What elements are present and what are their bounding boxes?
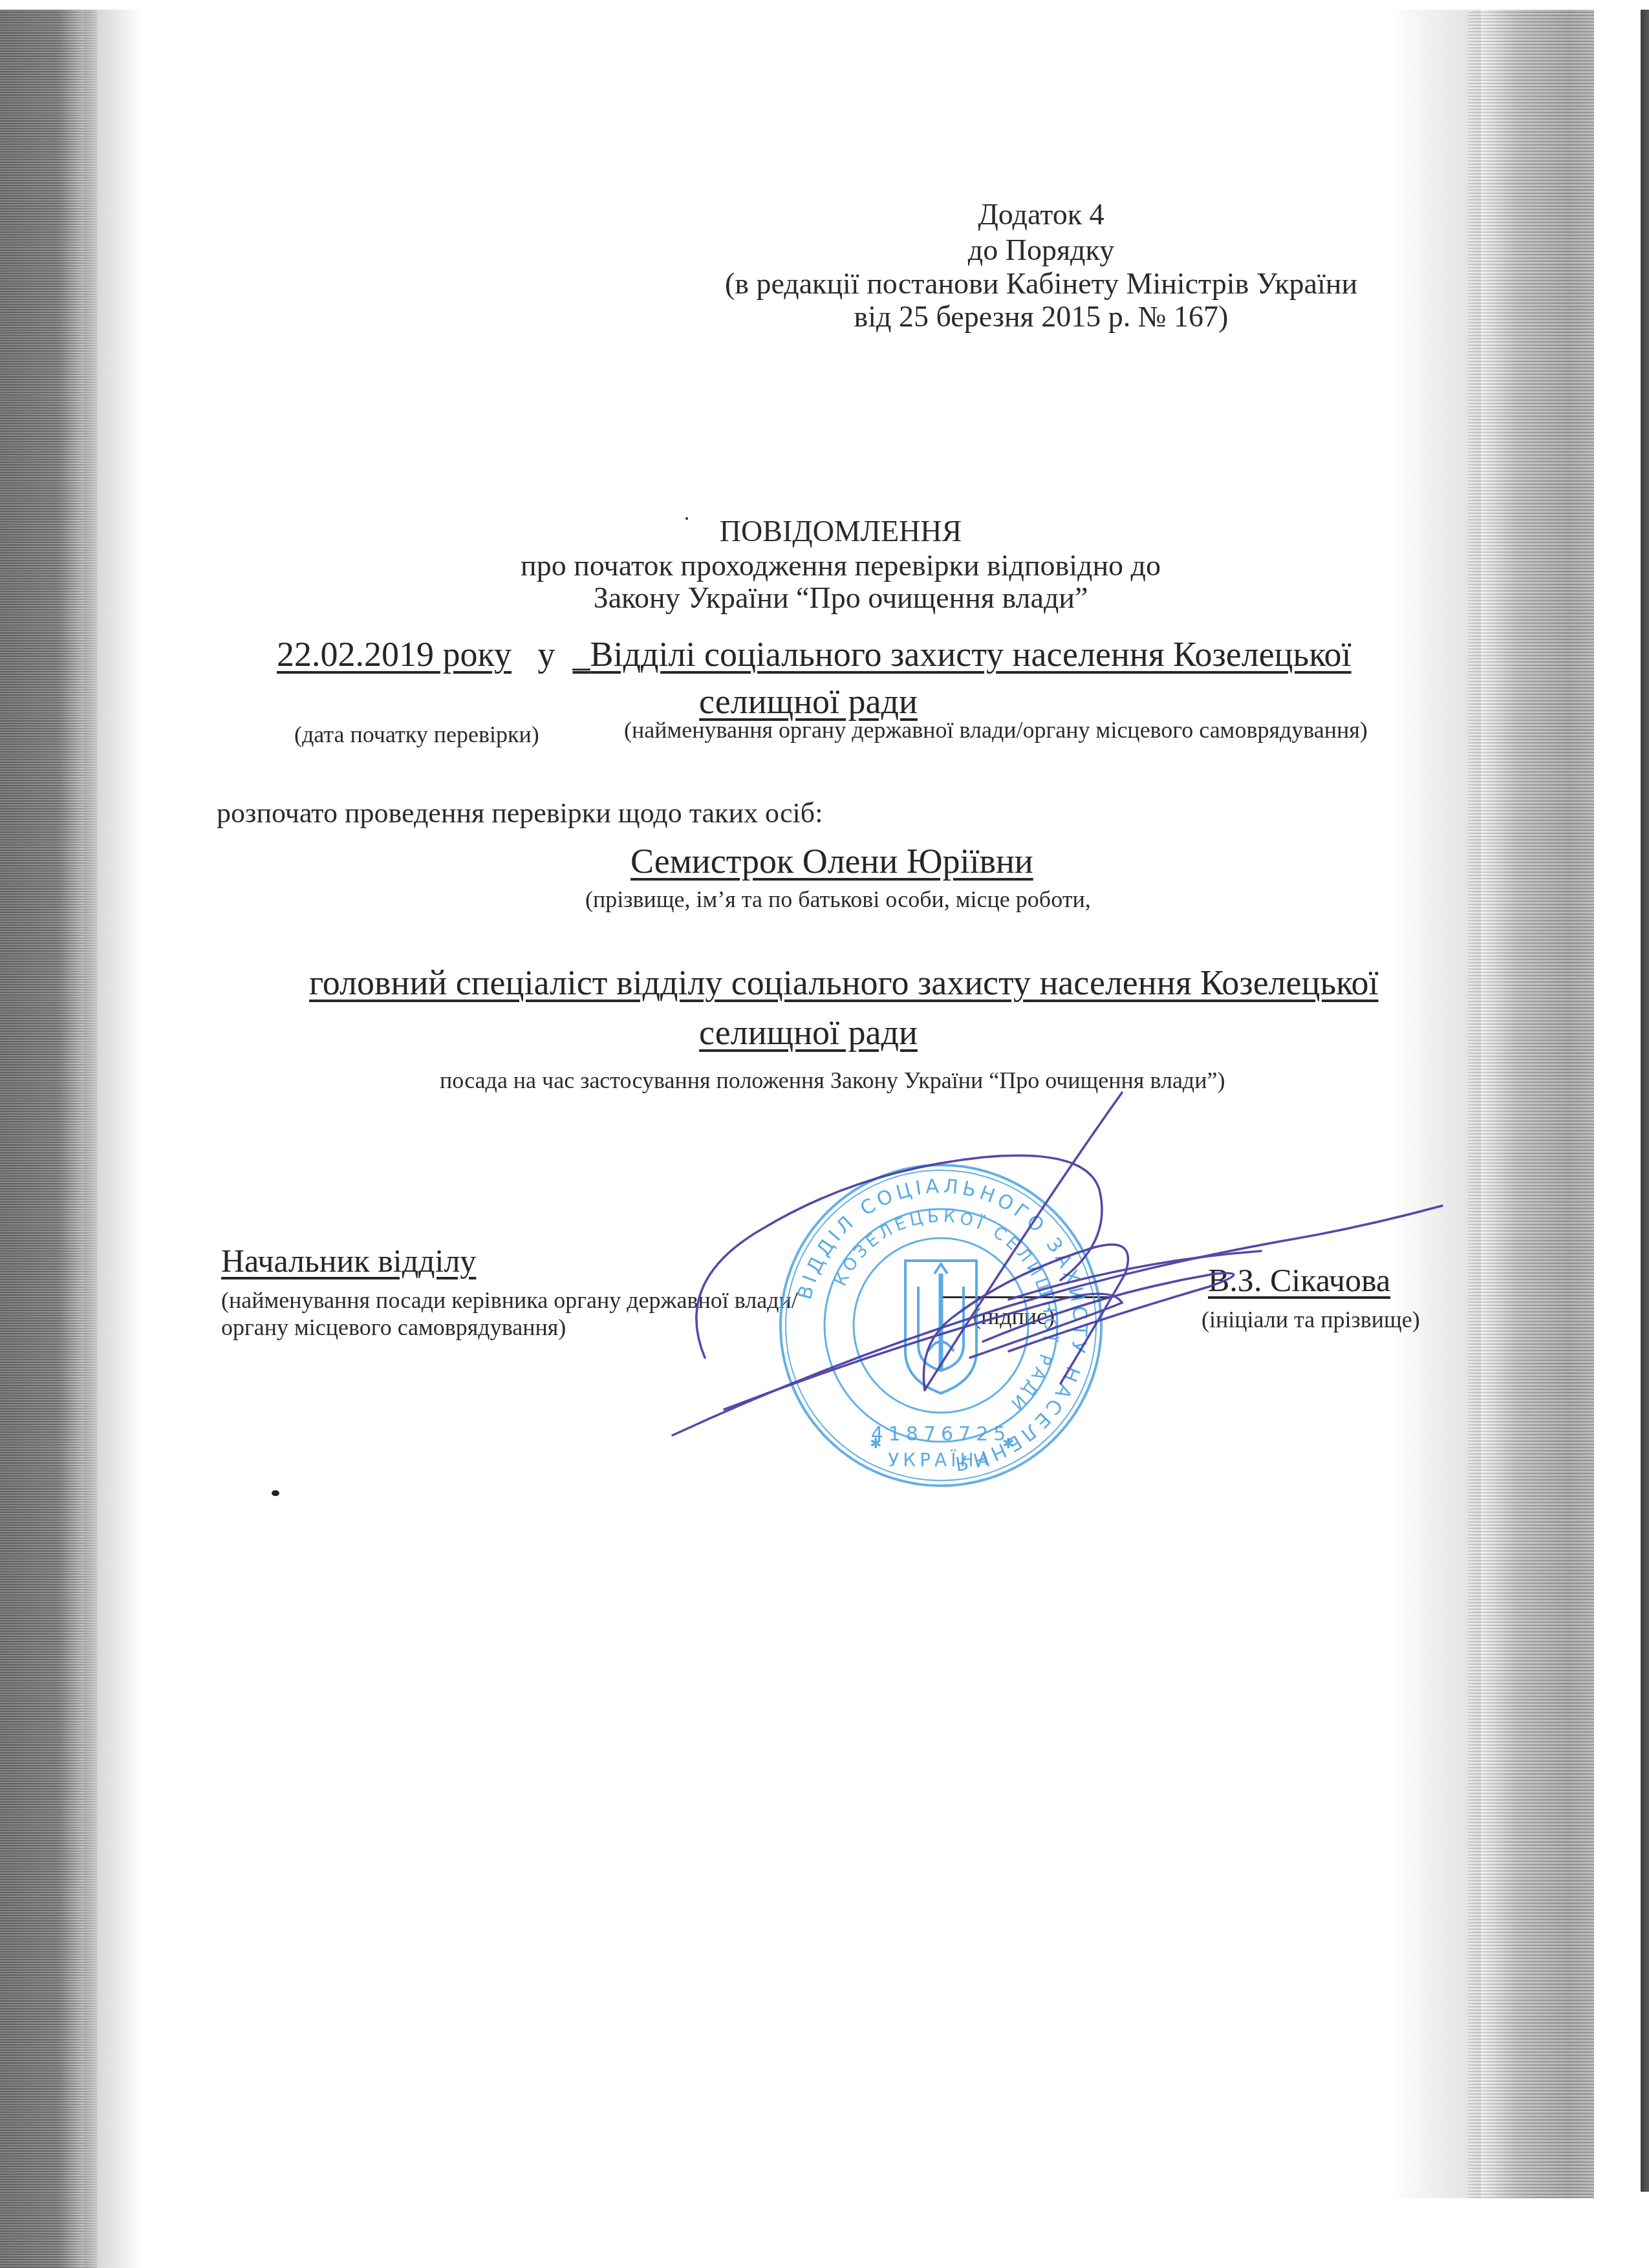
head-caption-line1: (найменування посади керівника органу де… [221, 1287, 798, 1314]
person-name-caption: (прізвище, ім’я та по батькові особи, мі… [585, 886, 1091, 913]
intro-text: розпочато проведення перевірки щодо таки… [217, 797, 823, 830]
scan-shadow-right-fade [1390, 10, 1481, 2198]
document-title: ПОВІДОМЛЕННЯ [420, 514, 1261, 549]
stamp-code: 41876725 [871, 1423, 1011, 1446]
check-date: 22.02.2019 року [277, 635, 512, 674]
organ-name-line1-prefix: _ [572, 635, 590, 674]
person-position-caption: посада на час застосування положення Зак… [440, 1067, 1225, 1094]
annex-date: від 25 березня 2015 р. № 167) [653, 299, 1429, 334]
signer-caption: (ініціали та прізвище) [1202, 1306, 1420, 1333]
stamp-country: УКРАЇНА [888, 1450, 993, 1471]
scan-shadow-left [0, 10, 97, 2268]
check-line: 22.02.2019 року у _Відділі соціального з… [277, 634, 1352, 675]
document-subtitle-line1: про початок проходження перевірки відпов… [420, 548, 1261, 583]
official-stamp: ВІДДІЛ СОЦІАЛЬНОГО ЗАХИСТУ НАСЕЛЕННЯ КОЗ… [773, 1157, 1109, 1493]
stamp-star-right: ✱ [1002, 1436, 1014, 1452]
scan-shadow-right [1468, 10, 1594, 2198]
scan-speck [272, 1490, 279, 1496]
stamp-star-left: ✱ [870, 1436, 881, 1452]
trident-emblem-icon [905, 1261, 976, 1393]
date-caption: (дата початку перевірки) [294, 721, 539, 748]
head-title: Начальник відділу [221, 1240, 476, 1281]
head-caption-line2: органу місцевого самоврядування) [221, 1314, 566, 1341]
scan-speck [685, 517, 688, 520]
scan-shadow-left-fade [84, 10, 142, 2268]
scan-edge-strip [1641, 10, 1649, 2192]
scan-top-margin [0, 0, 1649, 10]
document-subtitle-line2: Закону України “Про очищення влади” [420, 581, 1261, 615]
annex-order: до Порядку [653, 233, 1429, 268]
person-position-line1: головний спеціаліст відділу соціального … [309, 962, 1379, 1003]
signer-name: В.З. Сікачова [1208, 1259, 1390, 1301]
annex-number: Додаток 4 [653, 197, 1429, 232]
annex-resolution: (в редакції постанови Кабінету Міністрів… [653, 266, 1429, 301]
organ-caption: (найменування органу державної влади/орг… [624, 716, 1368, 744]
organ-name-line1: Відділі соціального захисту населення Ко… [590, 635, 1351, 674]
check-preposition: у [537, 635, 555, 674]
person-position-line2: селищної ради [647, 1012, 970, 1053]
person-name: Семистрок Олени Юріївни [630, 840, 1033, 882]
